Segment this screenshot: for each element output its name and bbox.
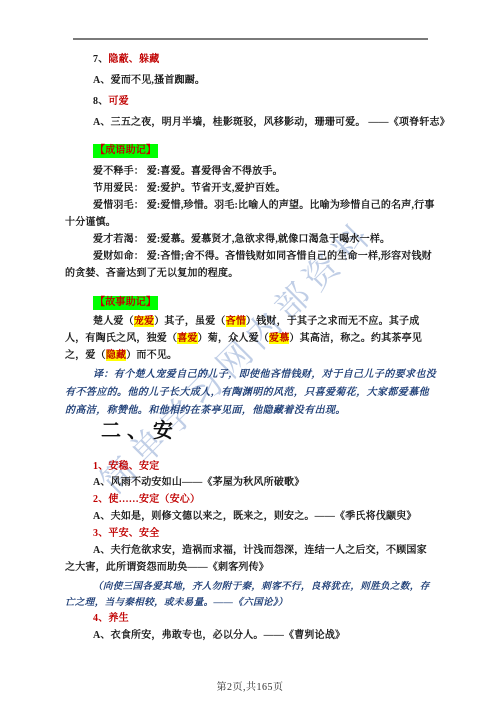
story-translation: 译：有个楚人宠爱自己的儿子，即使他吝惜钱财，对于自己儿子的要求也没有不答应的。他… <box>65 366 437 420</box>
idiom-list: 爱不释手： 爱:喜爱。喜爱得舍不得放手。 节用爱民： 爱:爱护。节省开支,爱护百… <box>65 163 437 282</box>
idiom-entry: 爱不释手： 爱:喜爱。喜爱得舍不得放手。 <box>65 163 437 180</box>
example-4a: A、衣食所安，弗敢专也，必以分人。——《曹刿论战》 <box>65 629 465 643</box>
example-3a: A、夫行危欲求安，造祸而求福，计浅而怨深，连结一人之后交，不顾国家之大害，此所谓… <box>65 543 437 576</box>
example-2a: A、夫如是，则修文德以来之，既来之，则安之。——《季氏将伐颛臾》 <box>65 510 465 524</box>
sense-item-7: 7、隐蔽、躲藏 <box>65 53 465 67</box>
example-8a: A、三五之夜，明月半墙，桂影斑驳，风移影动，珊珊可爱。 ——《项脊轩志》 <box>65 116 465 130</box>
story-text: ）其子，虽爱（ <box>154 316 225 327</box>
idiom-section: 【成语助记】 <box>65 144 465 158</box>
header-rule <box>73 38 428 40</box>
sense-label: 可爱 <box>108 96 128 107</box>
sense-number: 8、 <box>93 96 108 107</box>
story-text: ）菊，众人爱（ <box>198 333 269 344</box>
document-page: 简单学习网内部资料 7、隐蔽、躲藏 A、爱而不见,搔首踟蹰。 8、可爱 A、三五… <box>0 0 500 707</box>
story-paragraph: 楚人爱（宠爱）其子，虽爱（吝惜）钱财，于其子之求而无不应。其子成人，有陶氏之风，… <box>65 313 437 364</box>
page-number: 第2页,共165页 <box>0 678 500 693</box>
sense-label: 隐蔽、躲藏 <box>108 54 159 65</box>
story-badge: 【故事助记】 <box>93 296 158 310</box>
story-text: 楚人爱（ <box>93 316 134 327</box>
story-text: ）而不见。 <box>126 350 177 361</box>
highlighted-word: 爱慕 <box>269 333 289 344</box>
idiom-entry: 爱才若渴： 爱:爱慕。爱慕贤才,急欲求得,就像口渴急于喝水一样。 <box>65 231 437 248</box>
idiom-badge: 【成语助记】 <box>93 144 158 158</box>
example-7a: A、爱而不见,搔首踟蹰。 <box>65 74 465 88</box>
sense-item-2: 2、使……安定（安心） <box>65 493 465 507</box>
highlighted-word: 喜爱 <box>177 333 197 344</box>
sense-item-8: 8、可爱 <box>65 95 465 109</box>
highlighted-word: 隐藏 <box>106 350 126 361</box>
highlighted-word: 吝惜 <box>226 316 246 327</box>
idiom-entry: 爱惜羽毛： 爱:爱惜,珍惜。羽毛:比喻人的声望。比喻为珍惜自己的名声,行事十分谨… <box>65 197 437 231</box>
sense-item-1: 1、安稳、安定 <box>65 460 465 474</box>
note-liuguolun: （向使三国各爱其地，齐人勿附于秦，刺客不行，良将犹在，则胜负之数，存亡之理，当与… <box>65 580 437 611</box>
example-1a: A、风雨不动安如山——《茅屋为秋风所破歌》 <box>65 476 465 490</box>
highlighted-word: 宠爱 <box>134 316 154 327</box>
story-section: 【故事助记】 <box>65 296 465 310</box>
idiom-entry: 节用爱民： 爱:爱护。节省开支,爱护百姓。 <box>65 180 437 197</box>
sense-item-3: 3、平安、安全 <box>65 527 465 541</box>
sense-item-4: 4、养生 <box>65 612 465 626</box>
idiom-entry: 爱财如命： 爱:吝惜;舍不得。吝惜钱财如同吝惜自己的生命一样,形容对钱财的贪婪、… <box>65 248 437 282</box>
sense-number: 7、 <box>93 54 108 65</box>
section-title-an: 二、安 <box>65 424 473 438</box>
